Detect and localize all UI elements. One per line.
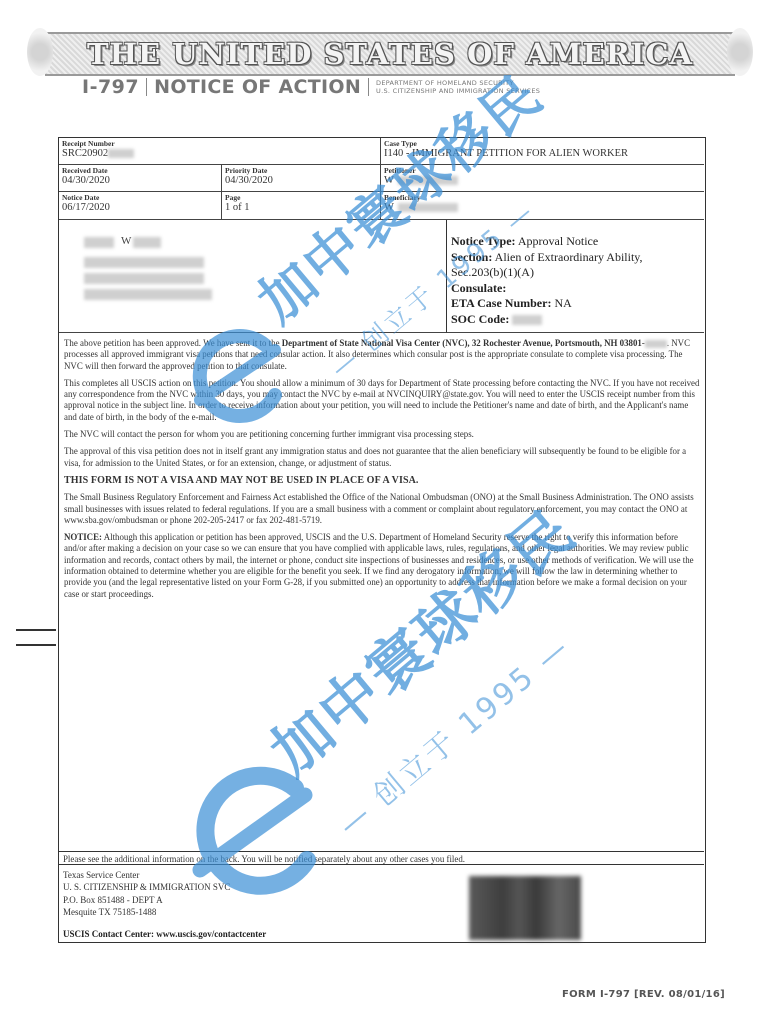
department-line-2: U.S. Citizenship and Immigration Service… (376, 87, 540, 95)
paragraph-status: The approval of this visa petition does … (64, 446, 700, 469)
address-line: Texas Service Center (63, 869, 230, 881)
form-title: NOTICE OF ACTION (154, 76, 361, 98)
redacted-area (512, 315, 542, 325)
section-label: Section: (451, 250, 492, 264)
addressee-initial: W (121, 235, 131, 247)
notice-form: Receipt Number SRC20902 Case Type I140 -… (58, 137, 706, 943)
notice-type-line: Notice Type: Approval Notice (451, 234, 700, 250)
divider (368, 78, 369, 96)
petitioner-cell: Petitioner W (381, 165, 704, 192)
header-banner: THE UNITED STATES OF AMERICA (45, 32, 735, 76)
notice-type-box: Notice Type: Approval Notice Section: Al… (447, 220, 704, 333)
notice-type-label: Notice Type: (451, 234, 516, 248)
address-line: P.O. Box 851488 - DEPT A (63, 894, 230, 906)
redacted-area (133, 237, 161, 248)
soc-label: SOC Code: (451, 312, 509, 326)
receipt-number-label: Receipt Number (62, 139, 377, 148)
notice-date-value: 06/17/2020 (62, 202, 218, 214)
consulate-label: Consulate: (451, 281, 506, 295)
department-name: Department of Homeland Security U.S. Cit… (376, 79, 540, 95)
received-date-cell: Received Date 04/30/2020 (59, 165, 222, 192)
address-line: Mesquite TX 75185-1488 (63, 906, 230, 918)
priority-date-value: 04/30/2020 (225, 175, 377, 187)
paragraph-approval: The above petition has been approved. We… (64, 338, 700, 372)
department-line-1: Department of Homeland Security (376, 79, 514, 87)
section-line: Section: Alien of Extraordinary Ability, (451, 250, 700, 266)
received-date-value: 04/30/2020 (62, 175, 218, 187)
received-date-label: Received Date (62, 166, 218, 175)
receipt-number-value: SRC20902 (62, 148, 108, 159)
form-revision: FORM I-797 [REV. 08/01/16] (562, 989, 725, 1000)
redacted-area (84, 273, 204, 284)
banner-title: THE UNITED STATES OF AMERICA (87, 37, 693, 71)
contact-center: USCIS Contact Center: www.uscis.gov/cont… (63, 929, 266, 939)
consulate-line: Consulate: (451, 281, 700, 297)
priority-date-label: Priority Date (225, 166, 377, 175)
redacted-barcode (469, 876, 581, 940)
notice-date-label: Notice Date (62, 193, 218, 202)
petitioner-value: W (384, 175, 394, 186)
redacted-area (398, 203, 458, 212)
beneficiary-label: Beneficiary (384, 193, 701, 202)
eta-line: ETA Case Number: NA (451, 296, 700, 312)
case-type-label: Case Type (384, 139, 701, 148)
addressee-block: W (59, 220, 447, 333)
return-address: Texas Service Center U. S. CITIZENSHIP &… (63, 869, 230, 918)
page-value: 1 of 1 (225, 202, 377, 214)
eta-label: ETA Case Number: (451, 296, 551, 310)
text: Although this application or petition ha… (64, 532, 694, 598)
redacted-area (645, 340, 667, 348)
nvc-address: Department of State National Visa Center… (282, 338, 645, 348)
redacted-area (108, 149, 134, 158)
redacted-area (84, 257, 204, 268)
notice-label: NOTICE: (64, 532, 102, 542)
redacted-area (84, 237, 114, 248)
page-label: Page (225, 193, 377, 202)
receipt-number-cell: Receipt Number SRC20902 (59, 138, 381, 165)
divider (146, 78, 147, 96)
notice-date-cell: Notice Date 06/17/2020 (59, 192, 222, 220)
additional-info-note: Please see the additional information on… (59, 851, 704, 865)
paragraph-ombudsman: The Small Business Regulatory Enforcemen… (64, 492, 700, 526)
section-value: Alien of Extraordinary Ability, (495, 250, 643, 264)
margin-mark (16, 644, 56, 646)
eta-value: NA (554, 296, 571, 310)
redacted-area (84, 289, 212, 300)
notice-type-value: Approval Notice (518, 234, 598, 248)
form-number: I-797 (82, 76, 139, 98)
paragraph-notice: NOTICE: Although this application or pet… (64, 532, 700, 600)
margin-mark (16, 629, 56, 631)
form-heading: I-797 NOTICE OF ACTION Department of Hom… (82, 76, 540, 98)
section-code: Sec.203(b)(1)(A) (451, 265, 700, 281)
petitioner-label: Petitioner (384, 166, 701, 175)
beneficiary-cell: Beneficiary W (381, 192, 704, 220)
case-type-cell: Case Type I140 - IMMIGRANT PETITION FOR … (381, 138, 704, 165)
page-cell: Page 1 of 1 (222, 192, 381, 220)
text: The above petition has been approved. We… (64, 338, 282, 348)
notice-body: The above petition has been approved. We… (64, 338, 700, 606)
address-line: U. S. CITIZENSHIP & IMMIGRATION SVC (63, 881, 230, 893)
paragraph-nvc-contact: The NVC will contact the person for whom… (64, 429, 700, 440)
beneficiary-value: W (384, 202, 394, 213)
priority-date-cell: Priority Date 04/30/2020 (222, 165, 381, 192)
soc-line: SOC Code: (451, 312, 700, 328)
redacted-area (398, 176, 458, 185)
case-type-value: I140 - IMMIGRANT PETITION FOR ALIEN WORK… (384, 148, 701, 160)
paragraph-uscis-action: This completes all USCIS action on this … (64, 378, 700, 423)
not-a-visa-warning: THIS FORM IS NOT A VISA AND MAY NOT BE U… (64, 475, 700, 486)
